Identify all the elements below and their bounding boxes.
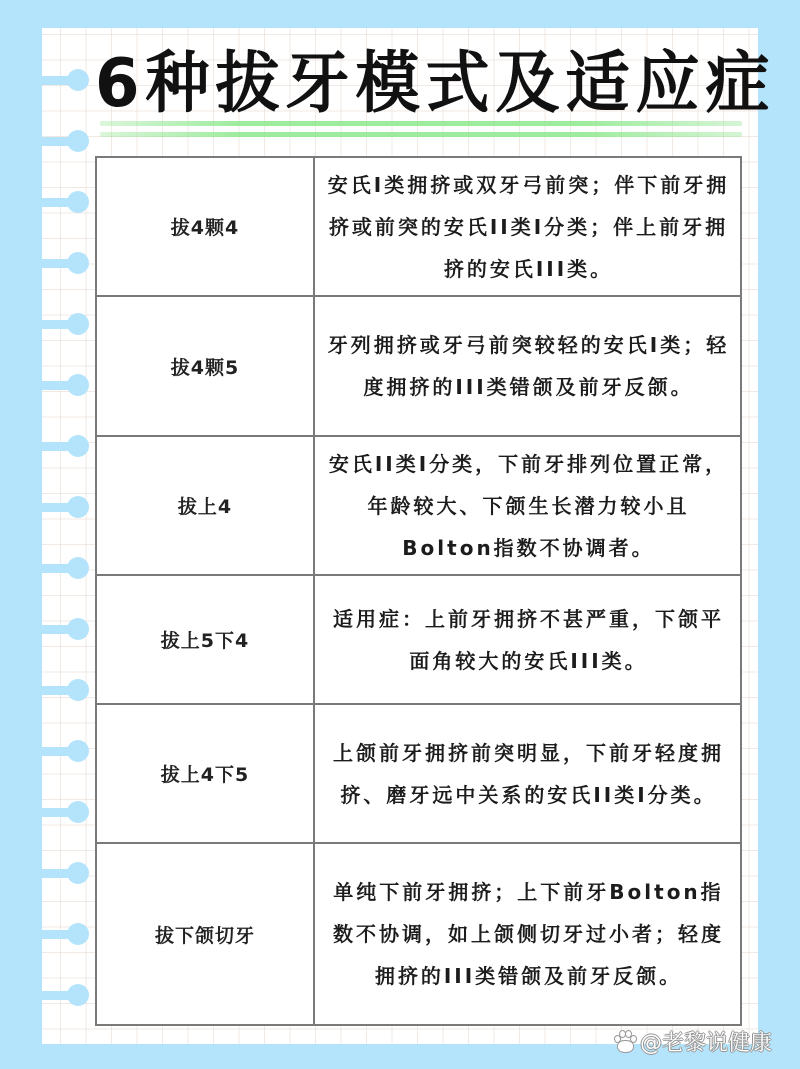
binder-hole (0, 557, 90, 579)
binder-hole (0, 252, 90, 274)
binder-hole (0, 984, 90, 1006)
binder-hole (0, 191, 90, 213)
mode-cell: 拔下颌切牙 (97, 844, 315, 1024)
binder-hole (0, 618, 90, 640)
mode-cell: 拔4颗4 (97, 158, 315, 295)
binder-hole (0, 496, 90, 518)
binder-hole (0, 374, 90, 396)
indication-cell: 单纯下前牙拥挤；上下前牙Bolton指数不协调，如上颌侧切牙过小者；轻度拥挤的I… (315, 844, 740, 1024)
title-highlight-line (100, 132, 742, 137)
indication-cell: 安氏I类拥挤或双牙弓前突；伴下前牙拥挤或前突的安氏II类I分类；伴上前牙拥挤的安… (315, 158, 740, 295)
binder-hole (0, 801, 90, 823)
binder-hole (0, 130, 90, 152)
watermark: @老黎说健康 (612, 1026, 772, 1056)
indication-cell: 安氏II类I分类，下前牙排列位置正常，年龄较大、下颌生长潜力较小且Bolton指… (315, 437, 740, 574)
mode-cell: 拔4颗5 (97, 297, 315, 435)
indication-cell: 上颌前牙拥挤前突明显，下前牙轻度拥挤、磨牙远中关系的安氏II类I分类。 (315, 705, 740, 842)
binder-hole (0, 740, 90, 762)
table-row: 拔下颌切牙 单纯下前牙拥挤；上下前牙Bolton指数不协调，如上颌侧切牙过小者；… (97, 844, 740, 1024)
table-row: 拔4颗4 安氏I类拥挤或双牙弓前突；伴下前牙拥挤或前突的安氏II类I分类；伴上前… (97, 158, 740, 297)
page-title: 6种拔牙模式及适应症 (95, 42, 750, 126)
watermark-text: @老黎说健康 (640, 1026, 772, 1057)
binder-hole (0, 435, 90, 457)
indication-cell: 牙列拥挤或牙弓前突较轻的安氏I类；轻度拥挤的III类错颌及前牙反颌。 (315, 297, 740, 435)
table-row: 拔上4 安氏II类I分类，下前牙排列位置正常，年龄较大、下颌生长潜力较小且Bol… (97, 437, 740, 576)
table-row: 拔上4下5 上颌前牙拥挤前突明显，下前牙轻度拥挤、磨牙远中关系的安氏II类I分类… (97, 705, 740, 844)
binder-hole (0, 923, 90, 945)
mode-cell: 拔上4 (97, 437, 315, 574)
mode-cell: 拔上4下5 (97, 705, 315, 842)
indication-cell: 适用症：上前牙拥挤不甚严重，下颌平面角较大的安氏III类。 (315, 576, 740, 703)
mode-cell: 拔上5下4 (97, 576, 315, 703)
binder-hole (0, 679, 90, 701)
title-highlight-line (100, 121, 742, 126)
binder-hole (0, 313, 90, 335)
binder-hole (0, 862, 90, 884)
binder-hole (0, 69, 90, 91)
paw-icon (612, 1029, 636, 1053)
table-row: 拔上5下4 适用症：上前牙拥挤不甚严重，下颌平面角较大的安氏III类。 (97, 576, 740, 705)
extraction-modes-table: 拔4颗4 安氏I类拥挤或双牙弓前突；伴下前牙拥挤或前突的安氏II类I分类；伴上前… (95, 156, 742, 1026)
table-row: 拔4颗5 牙列拥挤或牙弓前突较轻的安氏I类；轻度拥挤的III类错颌及前牙反颌。 (97, 297, 740, 437)
